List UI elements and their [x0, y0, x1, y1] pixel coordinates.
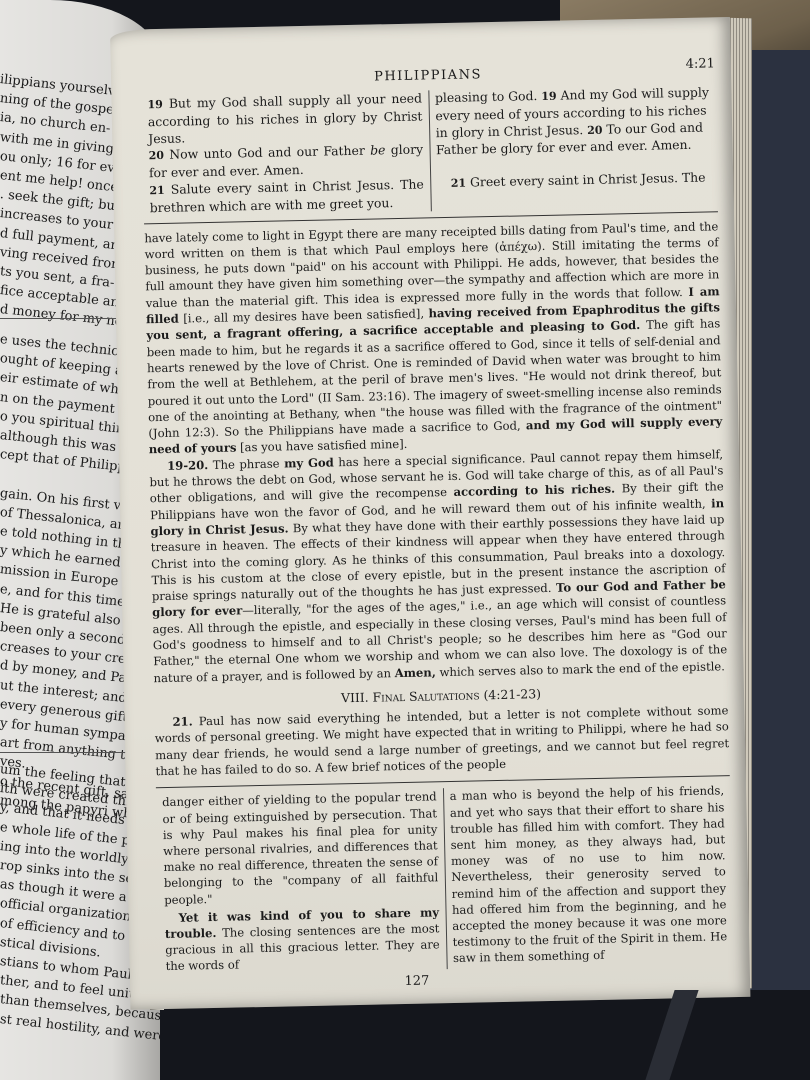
commentary-paragraph: 19-20. The phrase my God has here a spec…: [149, 446, 728, 686]
verse-text: Greet every saint in Christ Jesus. The: [470, 170, 706, 190]
verse-italic: be: [370, 143, 386, 158]
chapter-reference: 4:21: [685, 56, 715, 72]
commentary-paragraph: 21. Paul has now said everything he inte…: [154, 702, 729, 779]
right-page: PHILIPPIANS 4:21 19 But my God shall sup…: [110, 17, 750, 1010]
verse-number: 20: [149, 149, 165, 162]
verse-text: But my God shall supply all your need ac…: [148, 90, 423, 145]
exposition-columns: danger either of yielding to the popular…: [156, 776, 734, 975]
scripture-columns: 19 But my God shall supply all your need…: [141, 84, 718, 224]
rsv-column: pleasing to God. 19 And my God will supp…: [429, 84, 718, 211]
verse-text: pleasing to God.: [435, 88, 542, 105]
verse-number: 20: [587, 123, 603, 136]
exposition-column-left: danger either of yielding to the popular…: [156, 789, 447, 975]
verse-number: 19: [541, 90, 557, 103]
page-content: PHILIPPIANS 4:21 19 But my God shall sup…: [141, 62, 734, 993]
exposition-paragraph: a man who is beyond the help of his frie…: [449, 783, 727, 967]
verse-text: Salute every saint in Christ Jesus. The …: [150, 176, 424, 215]
exposition-column-right: a man who is beyond the help of his frie…: [443, 783, 733, 969]
verse-number: 21: [451, 177, 467, 190]
verse-number: 19: [147, 98, 163, 111]
commentary-paragraph: have lately come to light in Egypt there…: [144, 218, 723, 458]
commentary: have lately come to light in Egypt there…: [144, 218, 729, 780]
exposition-paragraph: danger either of yielding to the popular…: [162, 789, 439, 908]
bookmark-ribbon: [645, 990, 698, 1080]
verse-number: 21: [149, 184, 165, 197]
exposition-paragraph: Yet it was kind of you to share my troub…: [164, 904, 440, 975]
verse-text: Now unto God and our Father: [169, 143, 370, 162]
kjv-column: 19 But my God shall supply all your need…: [141, 90, 431, 217]
